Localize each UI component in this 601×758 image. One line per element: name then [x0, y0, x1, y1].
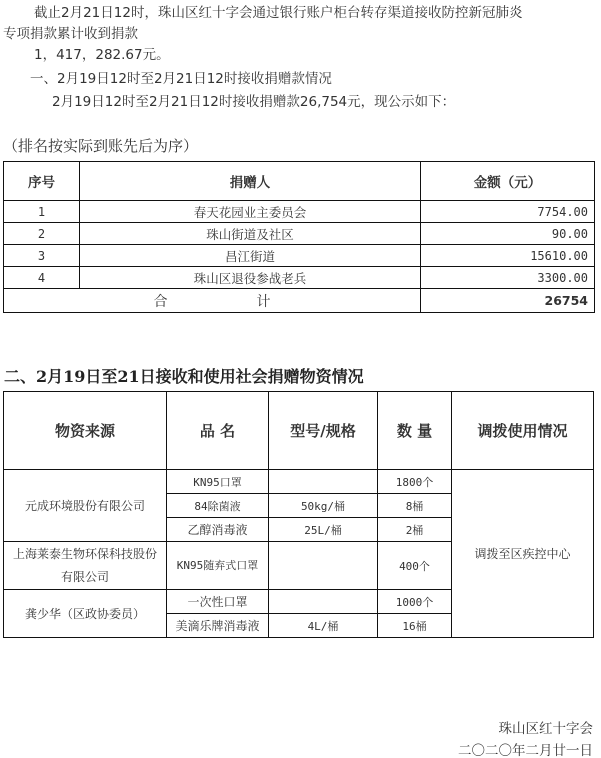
table-row: 4 珠山区退役参战老兵 3300.00	[4, 267, 595, 289]
signature-date: 二〇二〇年二月廿一日	[458, 739, 593, 758]
row-amount: 90.00	[421, 223, 595, 245]
row-donor: 珠山区退役参战老兵	[80, 267, 421, 289]
materials-table-header: 物资来源 品 名 型号/规格 数 量 调拨使用情况	[4, 392, 594, 470]
table-row: 2 珠山街道及社区 90.00	[4, 223, 595, 245]
material-name: 乙醇消毒液	[167, 518, 269, 542]
row-index: 3	[4, 245, 80, 267]
material-name: KN95口罩	[167, 470, 269, 494]
header-spec: 型号/规格	[269, 392, 378, 470]
header-allocation: 调拨使用情况	[452, 392, 594, 470]
material-spec	[269, 470, 378, 494]
material-source: 龚少华（区政协委员）	[4, 590, 167, 638]
material-qty: 8桶	[378, 494, 452, 518]
section2-title: 二、2月19日至21日接收和使用社会捐赠物资情况	[4, 364, 364, 387]
allocation-text: 调拨至区疾控中心	[475, 543, 571, 565]
total-label: 合 计	[4, 289, 421, 313]
total-label-part1: 合	[154, 294, 168, 310]
material-name: 美滴乐牌消毒液	[167, 614, 269, 638]
row-donor: 昌江街道	[80, 245, 421, 267]
table-row: 3 昌江街道 15610.00	[4, 245, 595, 267]
materials-table: 物资来源 品 名 型号/规格 数 量 调拨使用情况 元成环境股份有限公司 KN9…	[3, 391, 594, 638]
header-amount: 金额（元）	[421, 162, 595, 201]
row-index: 4	[4, 267, 80, 289]
signature-org: 珠山区红十字会	[499, 717, 594, 737]
row-amount: 15610.00	[421, 245, 595, 267]
header-quantity: 数 量	[378, 392, 452, 470]
material-spec: 25L/桶	[269, 518, 378, 542]
material-spec	[269, 542, 378, 590]
table-row: 元成环境股份有限公司 KN95口罩 1800个 调拨至区疾控中心	[4, 470, 594, 494]
table-row: 1 春天花园业主委员会 7754.00	[4, 201, 595, 223]
material-qty: 400个	[378, 542, 452, 590]
material-qty: 2桶	[378, 518, 452, 542]
header-index: 序号	[4, 162, 80, 201]
section1-title: 一、2月19日12时至2月21日12时接收捐赠款情况	[30, 70, 332, 88]
row-donor: 珠山街道及社区	[80, 223, 421, 245]
allocation-cell: 调拨至区疾控中心	[452, 470, 594, 638]
donation-table-header: 序号 捐赠人 金额（元）	[4, 162, 595, 201]
material-source: 上海莱泰生物环保科技股份有限公司	[4, 542, 167, 590]
total-label-part2: 计	[256, 294, 270, 310]
material-source: 元成环境股份有限公司	[4, 470, 167, 542]
row-index: 1	[4, 201, 80, 223]
material-name: KN95随弃式口罩	[167, 542, 269, 590]
row-donor: 春天花园业主委员会	[80, 201, 421, 223]
intro-total-amount: 1，417，282.67元。	[34, 46, 170, 64]
intro-line-2: 专项捐款累计收到捐款	[3, 25, 138, 43]
header-source: 物资来源	[4, 392, 167, 470]
material-qty: 1800个	[378, 470, 452, 494]
material-qty: 16桶	[378, 614, 452, 638]
total-row: 合 计 26754	[4, 289, 595, 313]
row-amount: 3300.00	[421, 267, 595, 289]
header-donor: 捐赠人	[80, 162, 421, 201]
header-item-name: 品 名	[167, 392, 269, 470]
section1-description: 2月19日12时至2月21日12时接收捐赠款26,754元，现公示如下：	[52, 93, 455, 111]
material-name: 84除菌液	[167, 494, 269, 518]
material-name: 一次性口罩	[167, 590, 269, 614]
material-spec	[269, 590, 378, 614]
intro-line-1: 截止2月21日12时，珠山区红十字会通过银行账户柜台转存渠道接收防控新冠肺炎	[34, 4, 522, 22]
total-value: 26754	[421, 289, 595, 313]
material-qty: 1000个	[378, 590, 452, 614]
row-index: 2	[4, 223, 80, 245]
material-spec: 4L/桶	[269, 614, 378, 638]
material-spec: 50kg/桶	[269, 494, 378, 518]
sort-note: （排名按实际到账先后为序）	[3, 137, 198, 155]
row-amount: 7754.00	[421, 201, 595, 223]
donation-table: 序号 捐赠人 金额（元） 1 春天花园业主委员会 7754.00 2 珠山街道及…	[3, 161, 595, 313]
